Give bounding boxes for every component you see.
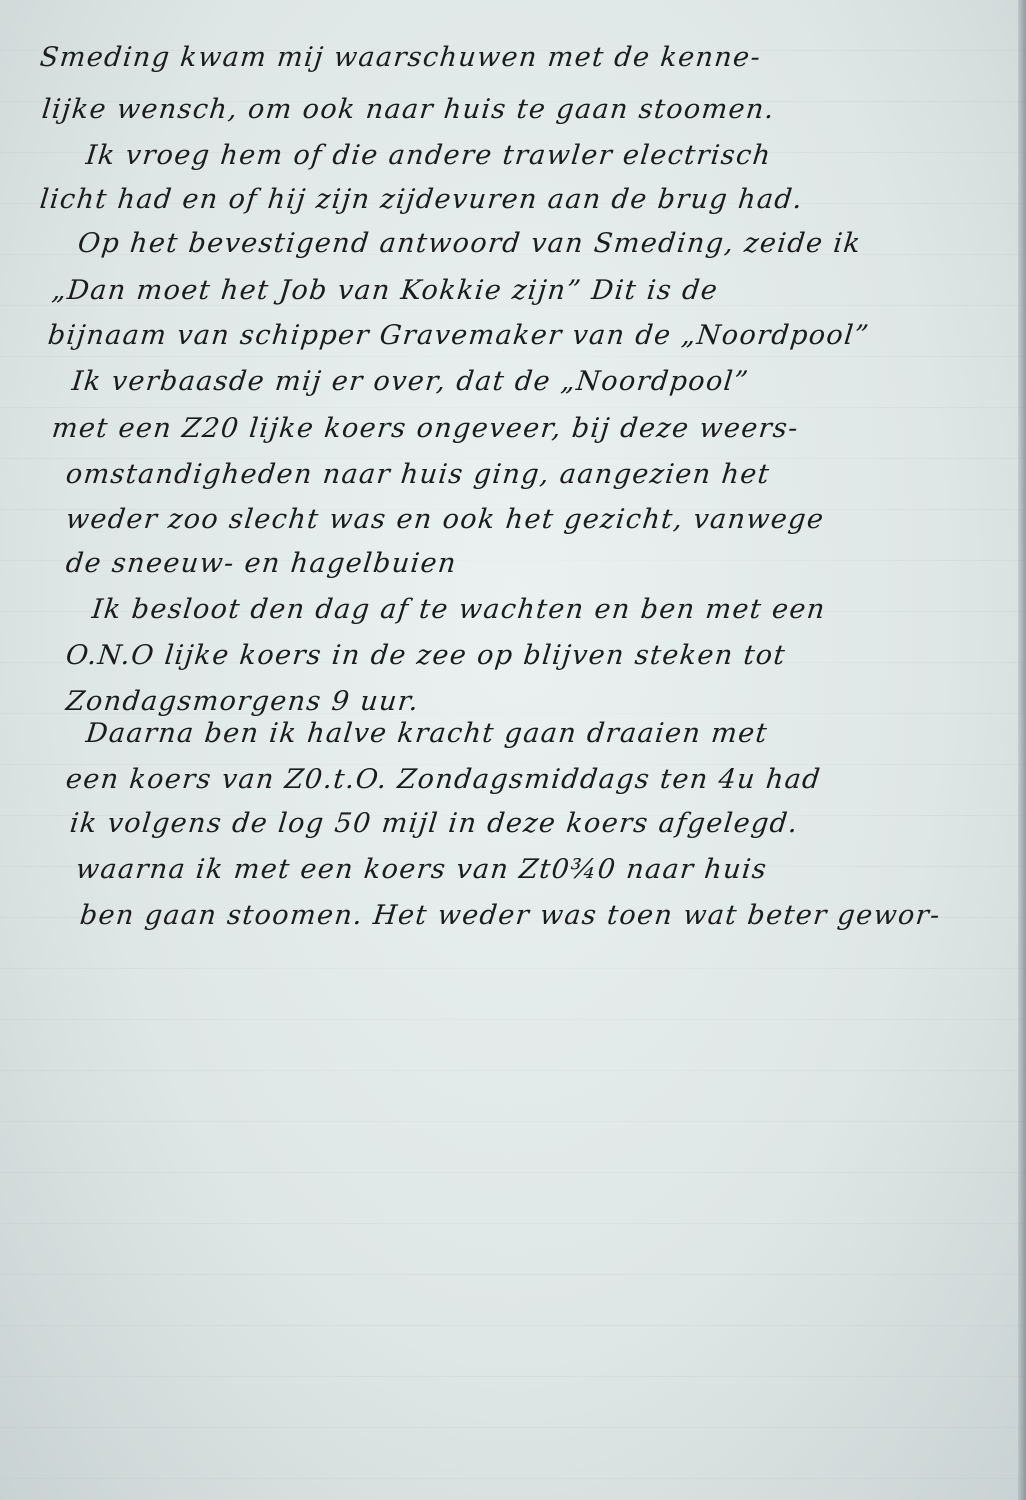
text-line: met een Z20 lijke koers ongeveer, bij de… [51,415,801,442]
text-line: de sneeuw- en hagelbuien [65,550,459,577]
text-line: bijnaam van schipper Gravemaker van de „… [47,322,871,349]
text-line: Zondagsmorgens 9 uur. [65,688,421,715]
handwritten-document-page: Smeding kwam mij waarschuwen met de kenn… [0,0,1026,1500]
text-line: Smeding kwam mij waarschuwen met de kenn… [39,44,763,71]
text-line: Ik besloot den dag af te wachten en ben … [91,596,828,623]
text-line: Daarna ben ik halve kracht gaan draaien … [85,720,770,747]
text-line: Op het bevestigend antwoord van Smeding,… [77,230,863,257]
text-line: een koers van Z0.t.O. Zondagsmiddags ten… [65,766,823,793]
text-line: Ik verbaasde mij er over, dat de „Noordp… [71,368,751,395]
text-line: licht had en of hij zijn zijdevuren aan … [39,186,805,213]
text-line: omstandigheden naar huis ging, aangezien… [65,461,772,488]
text-line: waarna ik met een koers van Zt0¾0 naar h… [75,856,769,883]
text-line: ben gaan stoomen. Het weder was toen wat… [79,902,942,929]
text-line: Ik vroeg hem of die andere trawler elect… [85,142,773,169]
text-line: O.N.O lijke koers in de zee op blijven s… [65,642,788,669]
text-line: ik volgens de log 50 mijl in deze koers … [69,810,800,837]
text-line: „Dan moet het Job van Kokkie zijn” Dit i… [51,277,720,304]
text-line: lijke wensch, om ook naar huis te gaan s… [41,96,777,123]
text-line: weder zoo slecht was en ook het gezicht,… [65,506,826,533]
